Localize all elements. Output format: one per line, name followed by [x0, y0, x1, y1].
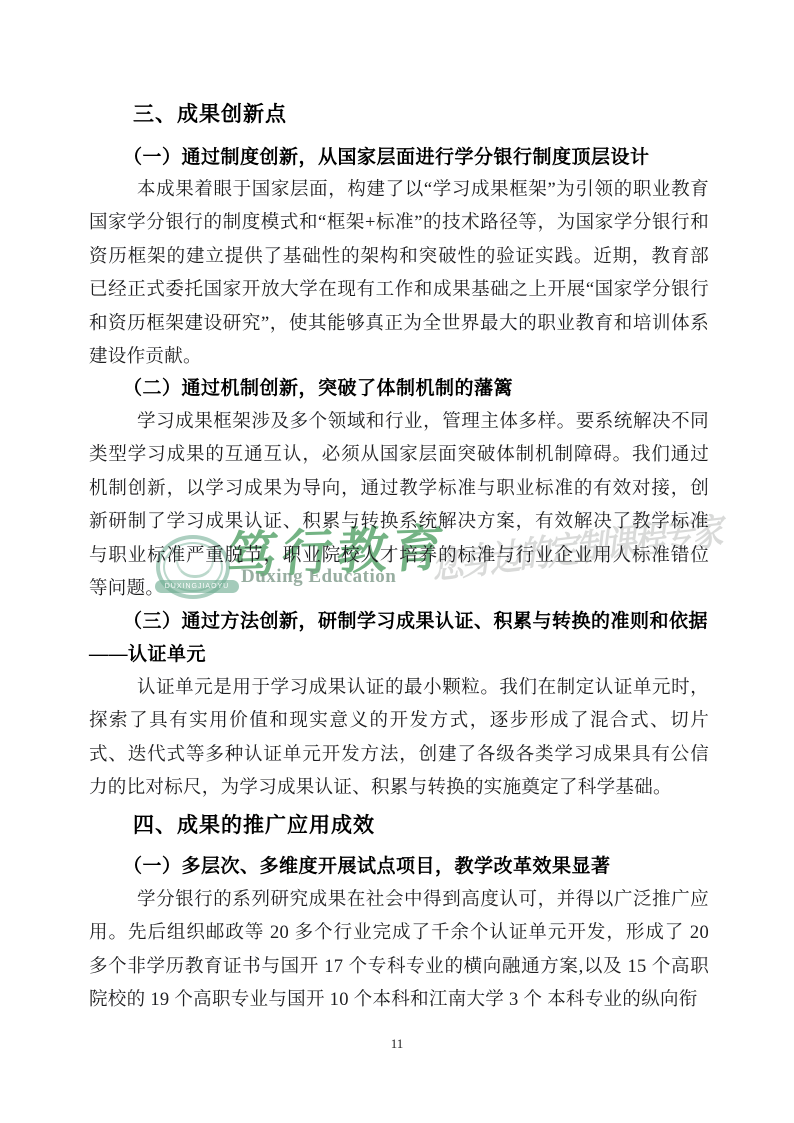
subheading-system-innovation: （一）通过制度创新，从国家层面进行学分银行制度顶层设计	[89, 141, 709, 174]
paragraph-mechanism-innovation: 学习成果框架涉及多个领域和行业，管理主体多样。要系统解决不同类型学习成果的互通互…	[89, 406, 709, 606]
paragraph-pilot-projects: 学分银行的系列研究成果在社会中得到高度认可，并得以广泛推广应用。先后组织邮政等 …	[89, 884, 709, 1018]
subheading-pilot-projects: （一）多层次、多维度开展试点项目，教学改革效果显著	[89, 850, 709, 883]
paragraph-method-innovation: 认证单元是用于学习成果认证的最小颗粒。我们在制定认证单元时，探索了具有实用价值和…	[89, 672, 709, 806]
document-page: DUXINGJIAOYU 笃行教育 Duxing Education 您身边的定…	[0, 0, 794, 1123]
subheading-method-innovation: （三）通过方法创新，研制学习成果认证、积累与转换的准则和依据——认证单元	[89, 605, 709, 672]
paragraph-system-innovation: 本成果着眼于国家层面，构建了以“学习成果框架”为引领的职业教育国家学分银行的制度…	[89, 174, 709, 374]
section-heading-application: 四、成果的推广应用成效	[89, 811, 709, 841]
section-heading-innovation: 三、成果创新点	[89, 100, 709, 130]
page-number: 11	[0, 1036, 794, 1052]
subheading-mechanism-innovation: （二）通过机制创新，突破了体制机制的藩篱	[89, 372, 709, 405]
